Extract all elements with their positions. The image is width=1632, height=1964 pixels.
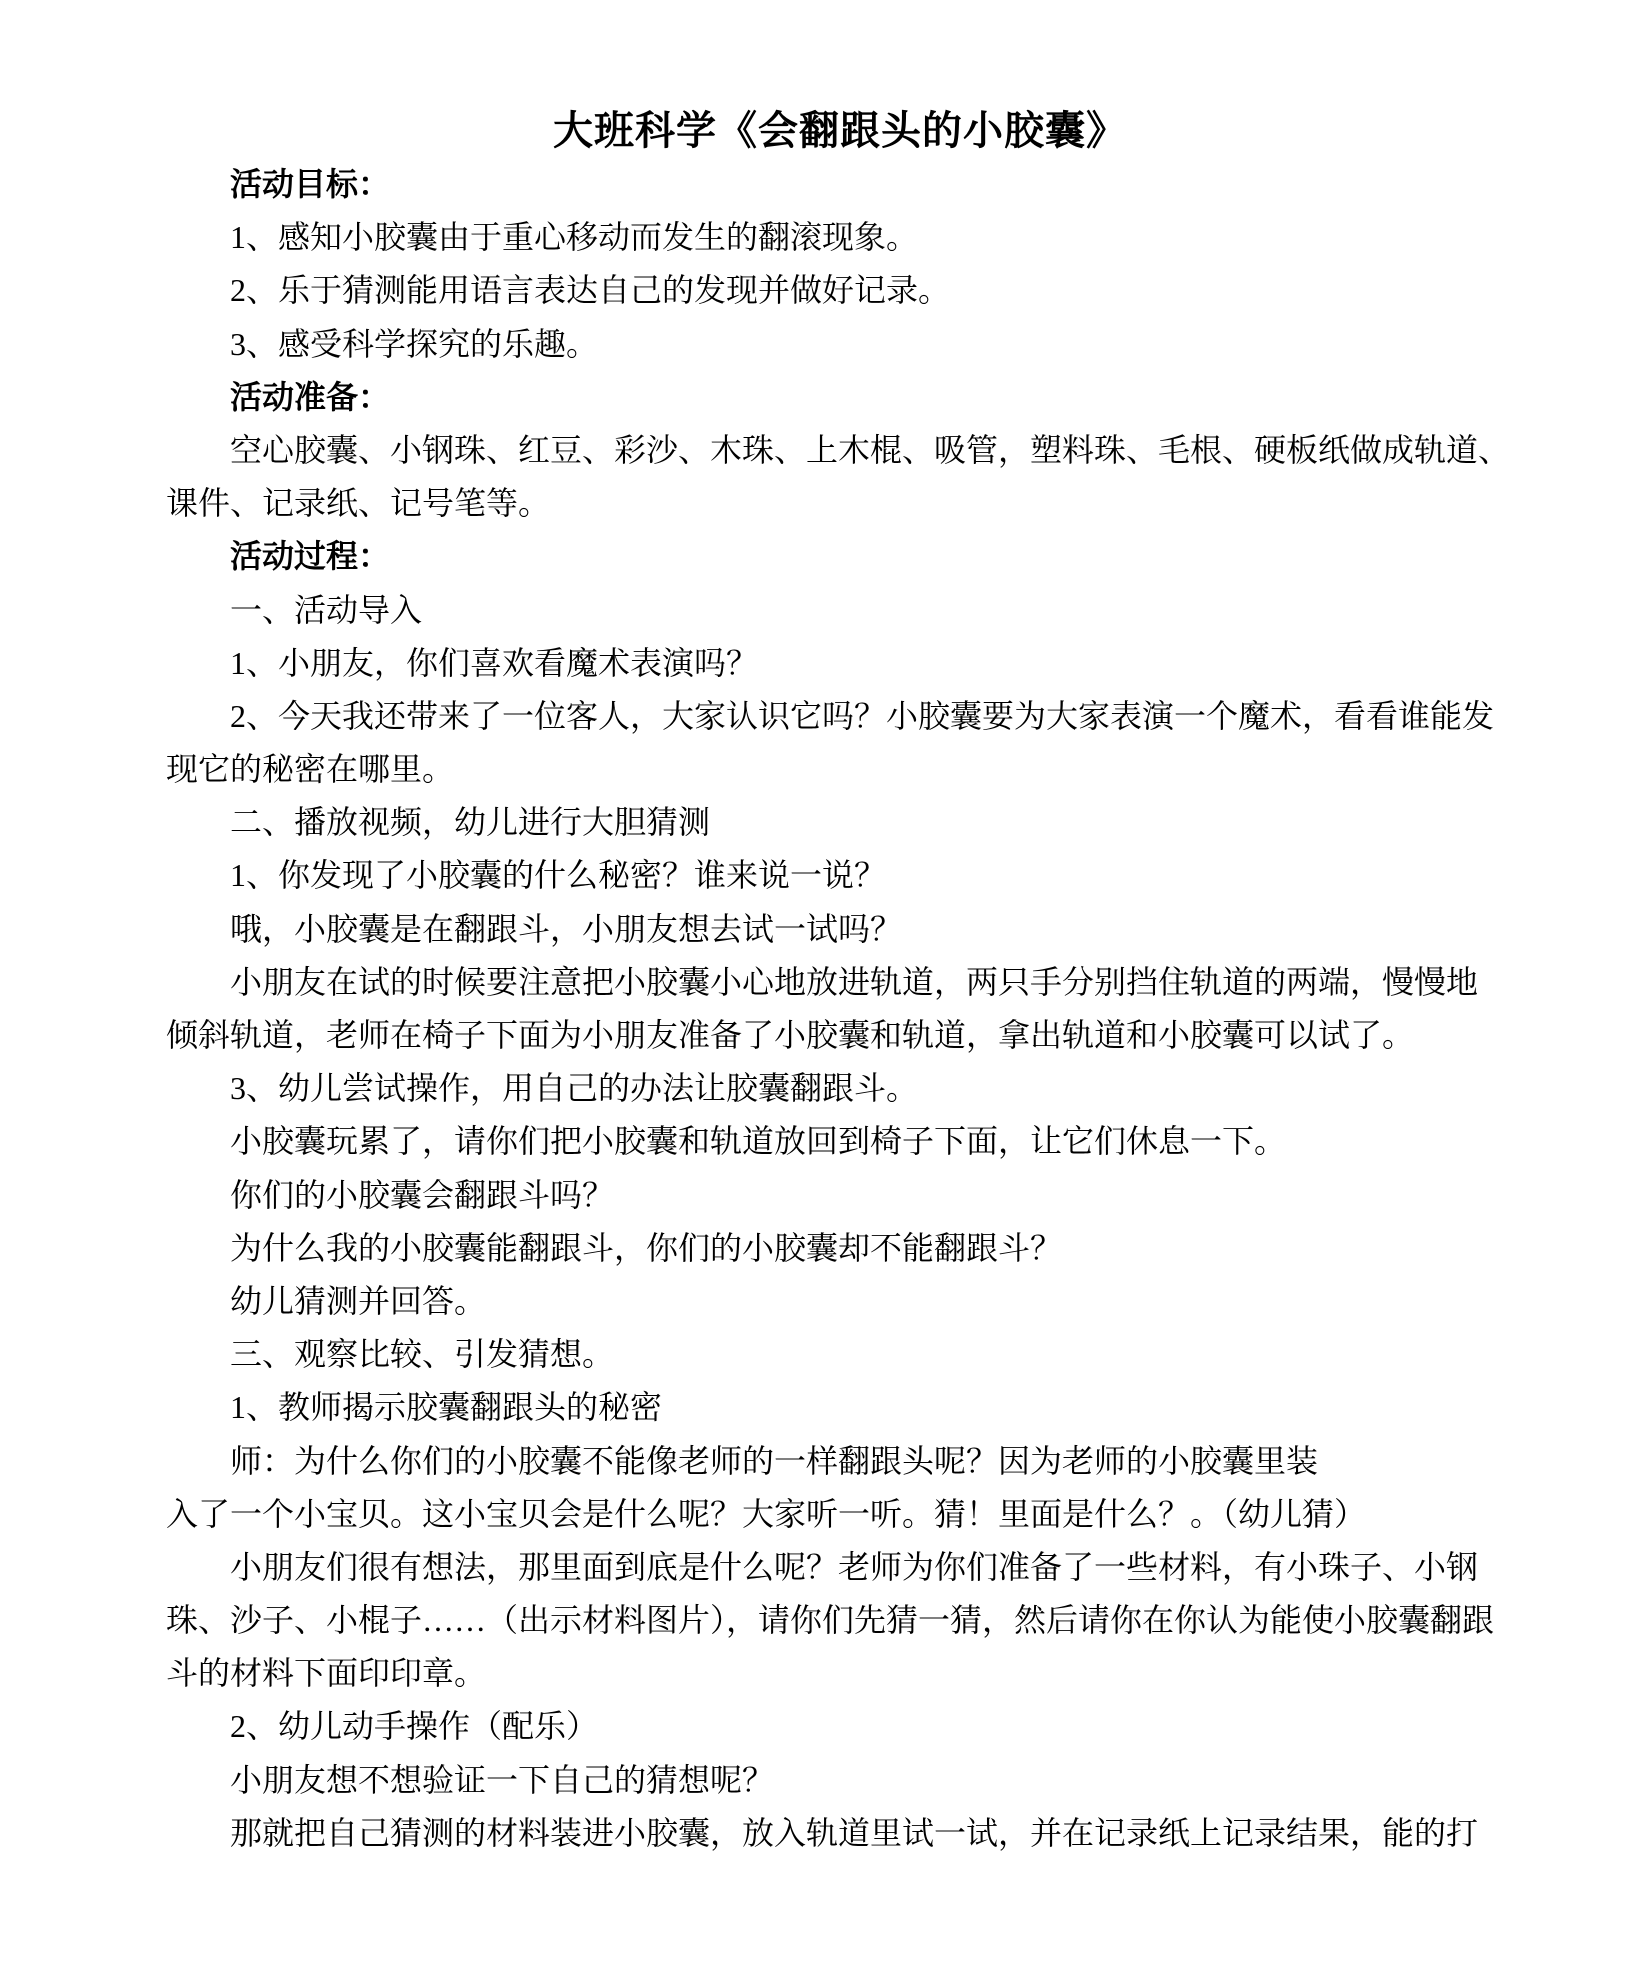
step-3-heading: 三、观察比较、引发猜想。 <box>166 1328 1514 1381</box>
step-1-heading: 一、活动导入 <box>166 584 1514 637</box>
text-line: 那就把自己猜测的材料装进小胶囊，放入轨道里试一试，并在记录纸上记录结果，能的打 <box>166 1807 1514 1860</box>
text-line: 2、今天我还带来了一位客人，大家认识它吗？小胶囊要为大家表演一个魔术，看看谁能发 <box>166 690 1514 743</box>
goal-item-2: 2、乐于猜测能用语言表达自己的发现并做好记录。 <box>166 264 1514 317</box>
document-page: 大班科学《会翻跟头的小胶囊》 活动目标： 1、感知小胶囊由于重心移动而发生的翻滚… <box>0 0 1632 1964</box>
document-title: 大班科学《会翻跟头的小胶囊》 <box>166 104 1514 158</box>
section-heading-goals: 活动目标： <box>166 158 1514 211</box>
text-line: 2、幼儿动手操作（配乐） <box>166 1700 1514 1753</box>
goal-item-1: 1、感知小胶囊由于重心移动而发生的翻滚现象。 <box>166 211 1514 264</box>
text-line: 入了一个小宝贝。这小宝贝会是什么呢？大家听一听。猜！里面是什么？。（幼儿猜） <box>166 1488 1514 1541</box>
text-line: 师：为什么你们的小胶囊不能像老师的一样翻跟头呢？因为老师的小胶囊里装 <box>166 1435 1514 1488</box>
document-content: 大班科学《会翻跟头的小胶囊》 活动目标： 1、感知小胶囊由于重心移动而发生的翻滚… <box>166 104 1514 1860</box>
text-line: 1、教师揭示胶囊翻跟头的秘密 <box>166 1381 1514 1434</box>
text-line: 小朋友想不想验证一下自己的猜想呢？ <box>166 1754 1514 1807</box>
text-line: 倾斜轨道，老师在椅子下面为小朋友准备了小胶囊和轨道，拿出轨道和小胶囊可以试了。 <box>166 1009 1514 1062</box>
text-line: 哦，小胶囊是在翻跟斗，小朋友想去试一试吗？ <box>166 903 1514 956</box>
text-line: 小朋友们很有想法，那里面到底是什么呢？老师为你们准备了一些材料，有小珠子、小钢 <box>166 1541 1514 1594</box>
text-line: 1、小朋友，你们喜欢看魔术表演吗？ <box>166 637 1514 690</box>
section-heading-process: 活动过程： <box>166 530 1514 583</box>
goal-item-3: 3、感受科学探究的乐趣。 <box>166 318 1514 371</box>
text-line: 你们的小胶囊会翻跟斗吗？ <box>166 1169 1514 1222</box>
section-heading-preparation: 活动准备： <box>166 371 1514 424</box>
text-line: 现它的秘密在哪里。 <box>166 743 1514 796</box>
text-line: 为什么我的小胶囊能翻跟斗，你们的小胶囊却不能翻跟斗？ <box>166 1222 1514 1275</box>
text-line: 珠、沙子、小棍子……（出示材料图片），请你们先猜一猜，然后请你在你认为能使小胶囊… <box>166 1594 1514 1647</box>
step-2-heading: 二、播放视频，幼儿进行大胆猜测 <box>166 796 1514 849</box>
text-line: 小胶囊玩累了，请你们把小胶囊和轨道放回到椅子下面，让它们休息一下。 <box>166 1115 1514 1168</box>
text-line: 小朋友在试的时候要注意把小胶囊小心地放进轨道，两只手分别挡住轨道的两端，慢慢地 <box>166 956 1514 1009</box>
text-line: 1、你发现了小胶囊的什么秘密？谁来说一说？ <box>166 849 1514 902</box>
preparation-line-2: 课件、记录纸、记号笔等。 <box>166 477 1514 530</box>
text-line: 斗的材料下面印印章。 <box>166 1647 1514 1700</box>
text-line: 幼儿猜测并回答。 <box>166 1275 1514 1328</box>
preparation-line-1: 空心胶囊、小钢珠、红豆、彩沙、木珠、上木棍、吸管，塑料珠、毛根、硬板纸做成轨道、 <box>166 424 1514 477</box>
text-line: 3、幼儿尝试操作，用自己的办法让胶囊翻跟斗。 <box>166 1062 1514 1115</box>
